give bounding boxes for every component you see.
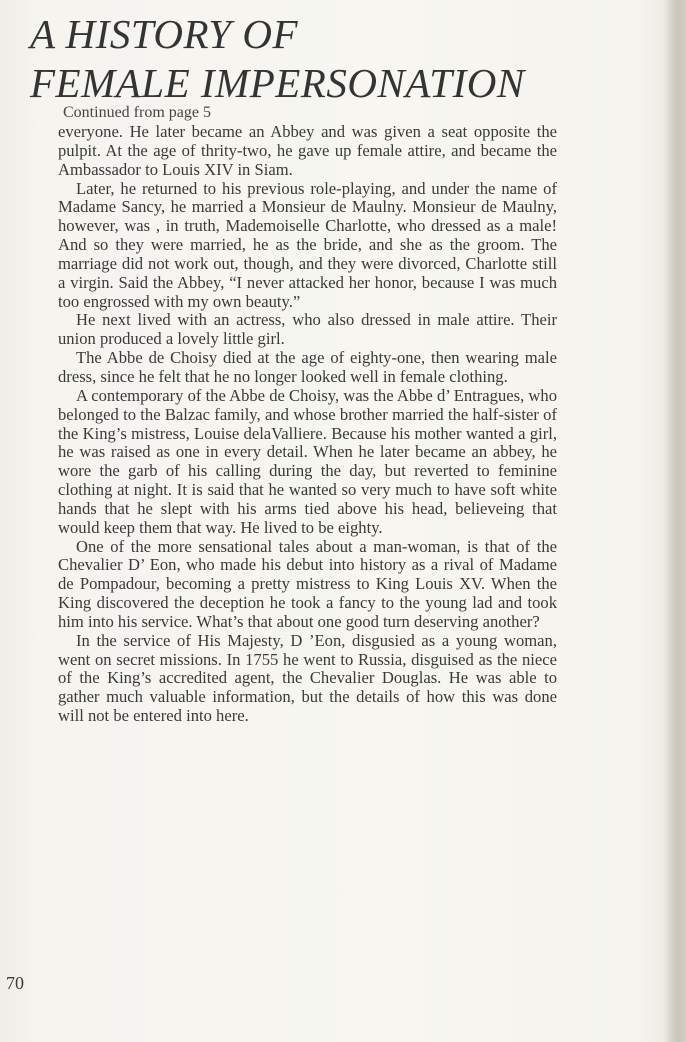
paragraph: everyone. He later became an Abbey and w… [58, 123, 557, 180]
article-title-line-2: FEMALE IMPERSONATION [30, 59, 525, 108]
article-title: A HISTORY OF FEMALE IMPERSONATION [30, 10, 525, 108]
paragraph: A contemporary of the Abbe de Choisy, wa… [58, 387, 557, 538]
paragraph: Later, he returned to his previous role-… [58, 180, 557, 312]
paragraph: The Abbe de Choisy died at the age of ei… [58, 349, 557, 387]
article-body: everyone. He later became an Abbey and w… [58, 123, 557, 726]
continued-from-note: Continued from page 5 [63, 104, 211, 122]
paragraph: One of the more sensational tales about … [58, 538, 557, 632]
paragraph: In the service of His Majesty, D ’Eon, d… [58, 632, 557, 726]
page-number: 70 [6, 973, 24, 994]
paragraph: He next lived with an actress, who also … [58, 311, 557, 349]
article-title-line-1: A HISTORY OF [30, 10, 525, 59]
